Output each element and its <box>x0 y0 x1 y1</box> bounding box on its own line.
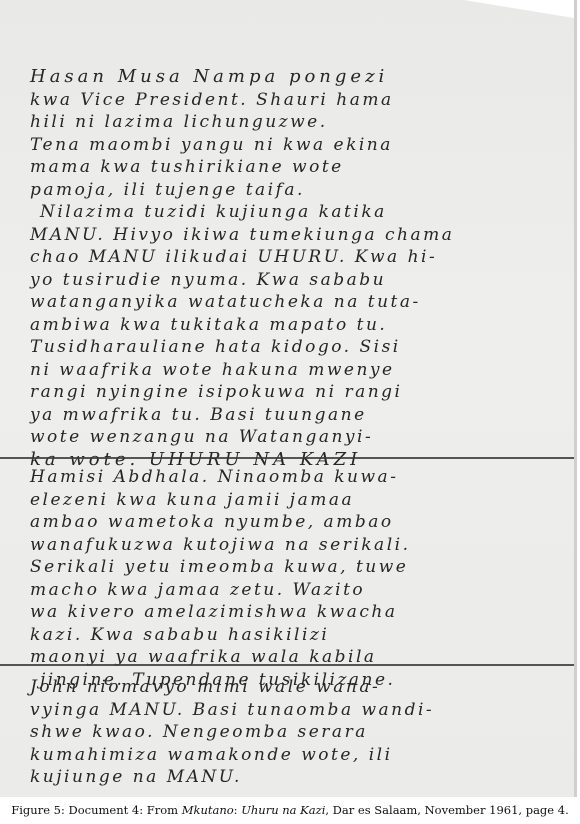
handwritten-line: mama kwa tushirikiane wote <box>0 156 574 179</box>
handwritten-line: chao MANU ilikudai UHURU. Kwa hi- <box>0 246 574 269</box>
handwritten-line: wote wenzangu na Watanganyi- <box>0 426 574 449</box>
handwritten-line: kujiunge na MANU. <box>0 766 574 789</box>
handwritten-line: Nilazima tuzidi kujiunga katika <box>0 201 574 224</box>
handwritten-line: pamoja, ili tujenge taifa. <box>0 179 574 202</box>
scanned-page: Hasan Musa Nampa pongezi kwa Vice Presid… <box>0 0 577 797</box>
handwritten-line: kwa Vice President. Shauri hama <box>0 89 574 112</box>
section-divider-rule <box>0 457 574 459</box>
handwritten-line: Tusidharauliane hata kidogo. Sisi <box>0 336 574 359</box>
caption-suffix: , Dar es Salaam, November 1961, page 4. <box>325 803 568 817</box>
torn-page-corner <box>464 0 574 18</box>
figure-caption: Figure 5: Document 4: From Mkutano: Uhur… <box>0 797 580 824</box>
section-hasan-musa: Hasan Musa Nampa pongezi kwa Vice Presid… <box>0 66 574 471</box>
handwritten-line: Serikali yetu imeomba kuwa, tuwe <box>0 556 574 579</box>
handwritten-line: wanafukuzwa kutojiwa na serikali. <box>0 534 574 557</box>
handwritten-line: elezeni kwa kuna jamii jamaa <box>0 489 574 512</box>
handwritten-line: yo tusirudie nyuma. Kwa sababu <box>0 269 574 292</box>
handwritten-line: ambiwa kwa tukitaka mapato tu. <box>0 314 574 337</box>
handwritten-line: MANU. Hivyo ikiwa tumekiunga chama <box>0 224 574 247</box>
caption-prefix: Figure 5: Document 4: From <box>11 803 181 817</box>
section-john: John niomavyo mimi wale wana- vyinga MAN… <box>0 676 574 789</box>
handwritten-line: rangi nyingine isipokuwa ni rangi <box>0 381 574 404</box>
handwritten-line: kazi. Kwa sababu hasikilizi <box>0 624 574 647</box>
section-hamisi-abdhala: Hamisi Abdhala. Ninaomba kuwa- elezeni k… <box>0 466 574 691</box>
caption-title-mkutano: Mkutano <box>182 803 234 817</box>
handwritten-line: wa kivero amelazimishwa kwacha <box>0 601 574 624</box>
handwritten-line: hili ni lazima lichunguzwe. <box>0 111 574 134</box>
handwritten-line: ambao wametoka nyumbe, ambao <box>0 511 574 534</box>
handwritten-line: watanganyika watatucheka na tuta- <box>0 291 574 314</box>
handwritten-line: ya mwafrika tu. Basi tuungane <box>0 404 574 427</box>
handwritten-line: macho kwa jamaa zetu. Wazito <box>0 579 574 602</box>
handwritten-line: ni waafrika wote hakuna mwenye <box>0 359 574 382</box>
section-divider-rule <box>0 664 574 666</box>
handwritten-line: vyinga MANU. Basi tunaomba wandi- <box>0 699 574 722</box>
caption-title-uhuru-na-kazi: Uhuru na Kazi <box>241 803 325 817</box>
handwritten-line: shwe kwao. Nengeomba serara <box>0 721 574 744</box>
handwritten-line: Hamisi Abdhala. Ninaomba kuwa- <box>0 466 574 489</box>
handwritten-line: Hasan Musa Nampa pongezi <box>0 66 574 89</box>
handwritten-line: John niomavyo mimi wale wana- <box>0 676 574 699</box>
handwritten-line: kumahimiza wamakonde wote, ili <box>0 744 574 767</box>
handwritten-line: Tena maombi yangu ni kwa ekina <box>0 134 574 157</box>
